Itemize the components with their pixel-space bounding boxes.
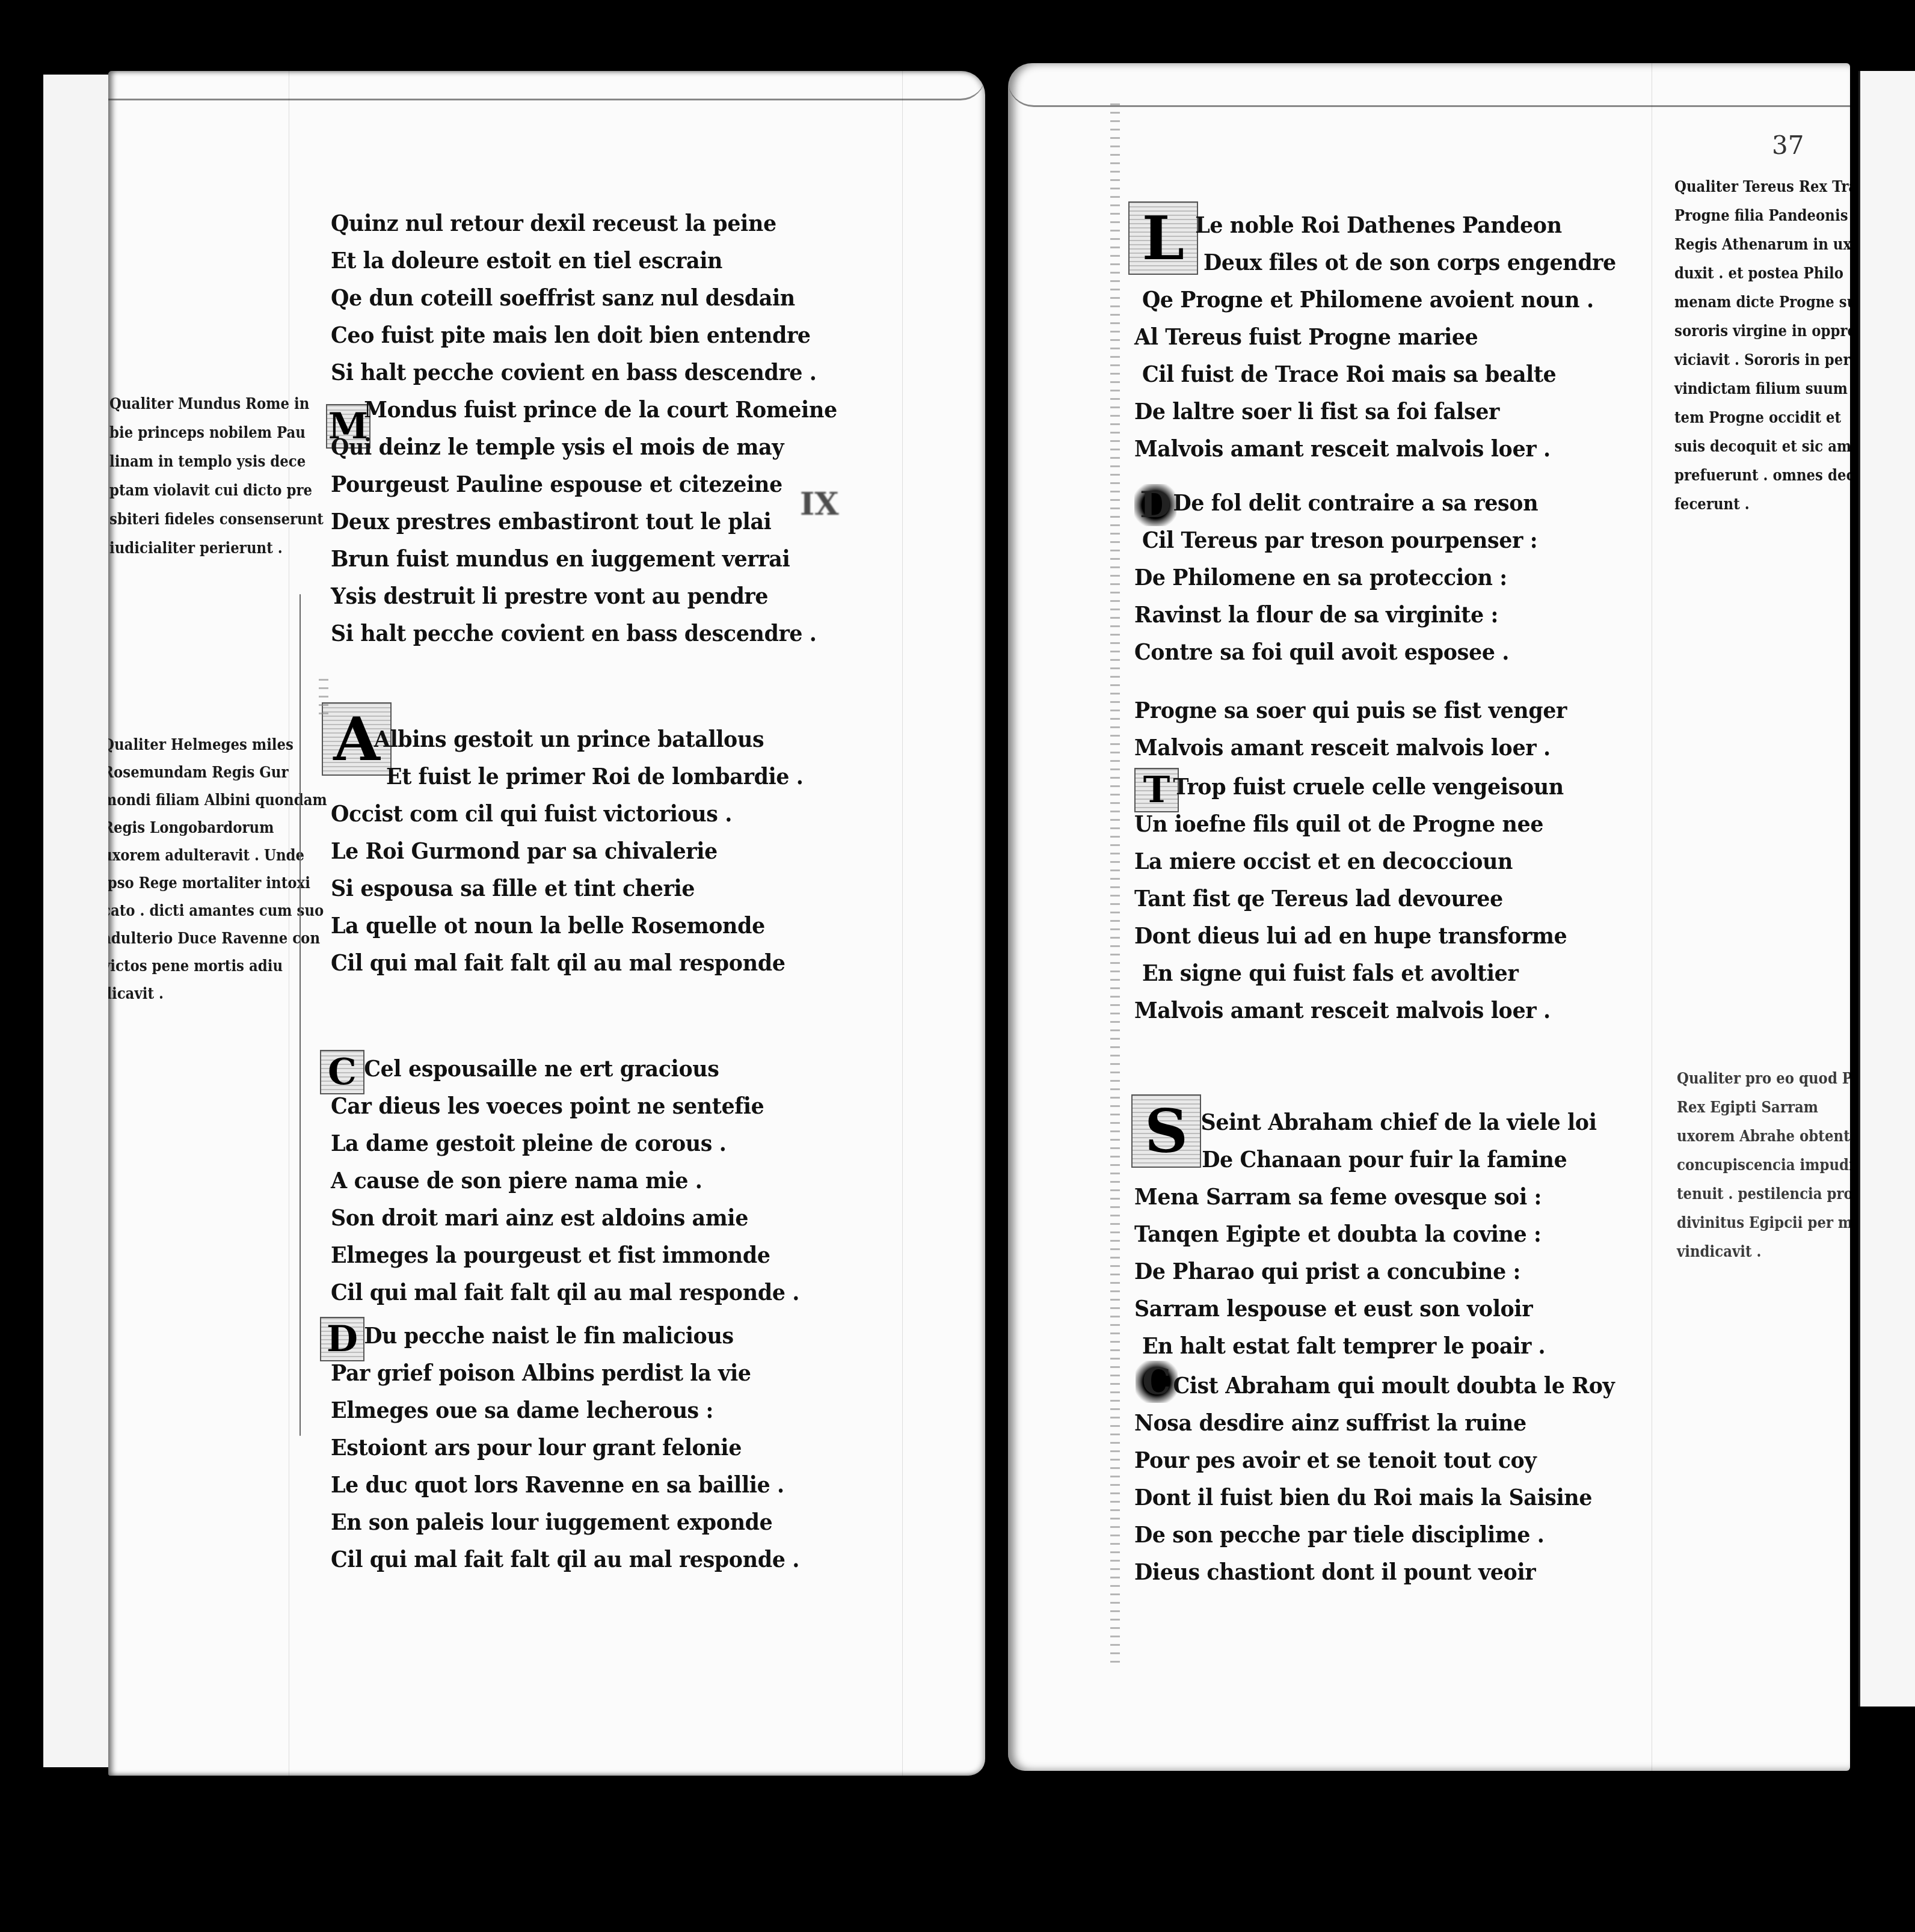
stanza-vengeisoun: Trop fuist cruele celle vengeisoun Un io… <box>1134 768 1605 1029</box>
verse-line: Si halt pecche covient en bass descendre… <box>331 615 837 652</box>
gloss-line: mondi filiam Albini quondam <box>108 787 327 814</box>
gloss-line: ipso Rege mortaliter intoxi <box>108 869 327 897</box>
verse-line: A cause de son piere nama mie . <box>331 1162 799 1199</box>
verse-line: Brun fuist mundus en iuggement verrai <box>331 540 837 577</box>
gloss-line: Qualiter pro eo quod Pharao <box>1677 1064 1850 1093</box>
stanza-progne-venger: Progne sa soer qui puis se fist venger M… <box>1134 692 1605 766</box>
gloss-line: adulterio Duce Ravenne con <box>108 925 327 952</box>
stanza-fol-delit: De fol delit contraire a sa reson Cil Te… <box>1134 484 1573 670</box>
verse-line: Mena Sarram sa feme ovesque soi : <box>1134 1178 1597 1215</box>
verse-line: La dame gestoit pleine de corous . <box>331 1124 799 1162</box>
stanza-pandeon: Le noble Roi Dathenes Pandeon Deux files… <box>1134 206 1658 467</box>
marginal-gloss-tereus: Qualiter Tereus Rex Tracie Progne filia … <box>1674 173 1850 519</box>
verse-line: Ceo fuist pite mais len doit bien entend… <box>331 316 817 354</box>
verse-line: Pour pes avoir et se tenoit tout coy <box>1134 1441 1614 1479</box>
verse-line: Tant fist qe Tereus lad devouree <box>1134 880 1567 917</box>
decorated-border <box>1110 99 1120 1663</box>
marginal-flourish <box>300 594 301 1436</box>
verse-line: En halt estat falt temprer le poair . <box>1134 1327 1597 1364</box>
verse-line: Ravinst la flour de sa virginite : <box>1134 596 1538 633</box>
verse-line: Son droit mari ainz est aldoins amie <box>331 1199 799 1236</box>
verse-line: Progne sa soer qui puis se fist venger <box>1134 692 1567 729</box>
gloss-line: divinitus Egipcii per ma <box>1677 1209 1850 1237</box>
gloss-line: fecerunt . <box>1674 490 1850 519</box>
verse-line: Trop fuist cruele celle vengeisoun <box>1134 768 1567 805</box>
verse-line: Tanqen Egipte et doubta la covine : <box>1134 1215 1597 1253</box>
gloss-line: tem Progne occidit et <box>1674 403 1850 432</box>
verse-line: Al Tereus fuist Progne mariee <box>1134 318 1616 355</box>
verse-line: De fol delit contraire a sa reson <box>1134 484 1538 521</box>
verse-line: Cil fuist de Trace Roi mais sa bealte <box>1134 355 1616 393</box>
gloss-line: viciavit . Sororis in per <box>1674 346 1850 375</box>
verse-line: La quelle ot noun la belle Rosemonde <box>331 907 803 944</box>
verse-line: Estoiont ars pour lour grant felonie <box>331 1429 799 1466</box>
gloss-line: concupiscencia impudica <box>1677 1151 1850 1180</box>
verse-line: En signe qui fuist fals et avoltier <box>1134 954 1567 992</box>
gloss-line: Progne filia Pandeonis <box>1674 201 1850 230</box>
gloss-line: vindictam filium suum infan <box>1674 375 1850 403</box>
verse-line: Mondus fuist prince de la court Romeine <box>331 391 837 428</box>
gloss-line: uxorem adulteravit . Unde <box>108 842 327 869</box>
right-page-fore-edge <box>1858 71 1915 1707</box>
stanza-cist-abraham: Cist Abraham qui moult doubta le Roy Nos… <box>1134 1367 1656 1590</box>
verse-line: Deux prestres embastiront tout le plai <box>331 503 837 540</box>
gloss-line: ptam violavit cui dicto pre <box>109 476 324 505</box>
gloss-line: tenuit . pestilencia pro <box>1677 1180 1850 1209</box>
ruling-margin-line <box>902 71 903 1776</box>
verse-line: Qui deinz le temple ysis el mois de may <box>331 428 837 465</box>
verse-line: Si halt pecche covient en bass descendre… <box>331 354 817 391</box>
verse-line: Cil qui mal fait falt qil au mal respond… <box>331 1541 799 1578</box>
gloss-line: Qualiter Tereus Rex Tracie <box>1674 173 1850 201</box>
stanza-mundus: Mondus fuist prince de la court Romeine … <box>331 391 881 652</box>
folio-number: 37 <box>1772 130 1804 160</box>
gloss-line: uxorem Abrahe obtentam <box>1677 1122 1850 1151</box>
gloss-line: iudicialiter perierunt . <box>109 534 324 563</box>
verse-line: Sarram lespouse et eust son voloir <box>1134 1290 1597 1327</box>
right-page: 37 L Le noble Roi Dathenes Pandeon Deux … <box>1008 63 1850 1771</box>
verse-line: Cel espousaille ne ert gracious <box>331 1050 799 1087</box>
stanza-continuation: Quinz nul retour dexil receust la peine … <box>331 204 859 391</box>
marginal-gloss-helmeges: Qualiter Helmeges miles Rosemundam Regis… <box>108 731 327 1008</box>
verse-line: Si espousa sa fille et tint cherie <box>331 869 803 907</box>
verse-line: Qe Progne et Philomene avoient noun . <box>1134 281 1616 318</box>
verse-line: De Chanaan pour fuir la famine <box>1134 1141 1597 1178</box>
verse-line: Cil qui mal fait falt qil au mal respond… <box>331 944 803 981</box>
marginal-gloss-pharao: Qualiter pro eo quod Pharao Rex Egipti S… <box>1677 1064 1850 1266</box>
verse-line: Par grief poison Albins perdist la vie <box>331 1354 799 1391</box>
verse-line: Dieus chastiont dont il pount veoir <box>1134 1553 1614 1590</box>
stanza-pecche: Du pecche naist le fin malicious Par gri… <box>331 1317 840 1578</box>
verse-line: Malvois amant resceit malvois loer . <box>1134 992 1567 1029</box>
verse-line: Pourgeust Pauline espouse et citezeine <box>331 465 837 503</box>
gloss-line: Rex Egipti Sarram <box>1677 1093 1850 1122</box>
marginal-gloss-mundus: Qualiter Mundus Rome in bie princeps nob… <box>109 390 324 563</box>
verse-line: Cil Tereus par treson pourpenser : <box>1134 521 1538 559</box>
verse-line: Albins gestoit un prince batallous <box>331 720 803 758</box>
verse-line: Le duc quot lors Ravenne en sa baillie . <box>331 1466 799 1503</box>
verse-line: De son pecche par tiele disciplime . <box>1134 1516 1614 1553</box>
stanza-espousaille: Cel espousaille ne ert gracious Car dieu… <box>331 1050 840 1311</box>
verse-line: Cist Abraham qui moult doubta le Roy <box>1134 1367 1614 1404</box>
stanza-abraham: Seint Abraham chief de la viele loi De C… <box>1134 1103 1637 1364</box>
gloss-line: bie princeps nobilem Pau <box>109 419 324 447</box>
verse-line: De Pharao qui prist a concubine : <box>1134 1253 1597 1290</box>
gloss-line: menam dicte Progne sue <box>1674 288 1850 317</box>
verse-line: Et fuist le primer Roi de lombardie . <box>331 758 803 795</box>
gloss-line: Regis Longobardorum <box>108 814 327 842</box>
gloss-line: sororis virgine in opprobrium <box>1674 317 1850 346</box>
verse-line: En son paleis lour iuggement exponde <box>331 1503 799 1541</box>
verse-line: La miere occist et en decoccioun <box>1134 842 1567 880</box>
verse-line: Malvois amant resceit malvois loer . <box>1134 430 1616 467</box>
verse-line: Cil qui mal fait falt qil au mal respond… <box>331 1274 799 1311</box>
gloss-line: Rosemundam Regis Gur <box>108 759 327 787</box>
verse-line: Du pecche naist le fin malicious <box>331 1317 799 1354</box>
verse-line: Le noble Roi Dathenes Pandeon <box>1134 206 1616 244</box>
gloss-line: Qualiter Mundus Rome in <box>109 390 324 419</box>
initial-flourish <box>319 678 328 714</box>
gloss-line: vindicavit . <box>1677 1237 1850 1266</box>
verse-line: De Philomene en sa proteccion : <box>1134 559 1538 596</box>
verse-line: Dont dieus lui ad en hupe transforme <box>1134 917 1567 954</box>
verse-line: Contre sa foi quil avoit esposee . <box>1134 633 1538 670</box>
verse-line: Ysis destruit li prestre vont au pendre <box>331 577 837 615</box>
verse-line: Nosa desdire ainz suffrist la ruine <box>1134 1404 1614 1441</box>
verse-line: Qe dun coteill soeffrist sanz nul desdai… <box>331 279 817 316</box>
gloss-line: prefuerunt . omnes deceperunt . <box>1674 461 1850 490</box>
gloss-line: Regis Athenarum in uxorem <box>1674 230 1850 259</box>
gloss-line: linam in templo ysis dece <box>109 447 324 476</box>
verse-line: Elmeges la pourgeust et fist immonde <box>331 1236 799 1274</box>
verse-line: Seint Abraham chief de la viele loi <box>1134 1103 1597 1141</box>
gloss-line: dicavit . <box>108 980 327 1008</box>
stanza-albins: Albins gestoit un prince batallous Et fu… <box>331 720 844 981</box>
left-page: Qualiter Mundus Rome in bie princeps nob… <box>108 71 985 1776</box>
verse-line: Dont il fuist bien du Roi mais la Saisin… <box>1134 1479 1614 1516</box>
verse-line: Malvois amant resceit malvois loer . <box>1134 729 1567 766</box>
gloss-line: cato . dicti amantes cum suo <box>108 897 327 925</box>
gloss-line: suis decoquit et sic ambo <box>1674 432 1850 461</box>
gloss-line: victos pene mortis adiu <box>108 952 327 980</box>
section-number-marker: IX <box>800 486 839 523</box>
verse-line: De laltre soer li fist sa foi falser <box>1134 393 1616 430</box>
left-page-fore-edge <box>43 75 108 1767</box>
verse-line: Un ioefne fils quil ot de Progne nee <box>1134 805 1567 842</box>
verse-line: Et la doleure estoit en tiel escrain <box>331 242 817 279</box>
verse-line: Le Roi Gurmond par sa chivalerie <box>331 832 803 869</box>
verse-line: Car dieus les voeces point ne sentefie <box>331 1087 799 1124</box>
gloss-line: Qualiter Helmeges miles <box>108 731 327 759</box>
gloss-line: sbiteri fideles consenserunt <box>109 505 324 534</box>
gloss-line: duxit . et postea Philo <box>1674 259 1850 288</box>
verse-line: Occist com cil qui fuist victorious . <box>331 795 803 832</box>
verse-line: Deux files ot de son corps engendre <box>1134 244 1616 281</box>
verse-line: Quinz nul retour dexil receust la peine <box>331 204 817 242</box>
verse-line: Elmeges oue sa dame lecherous : <box>331 1391 799 1429</box>
